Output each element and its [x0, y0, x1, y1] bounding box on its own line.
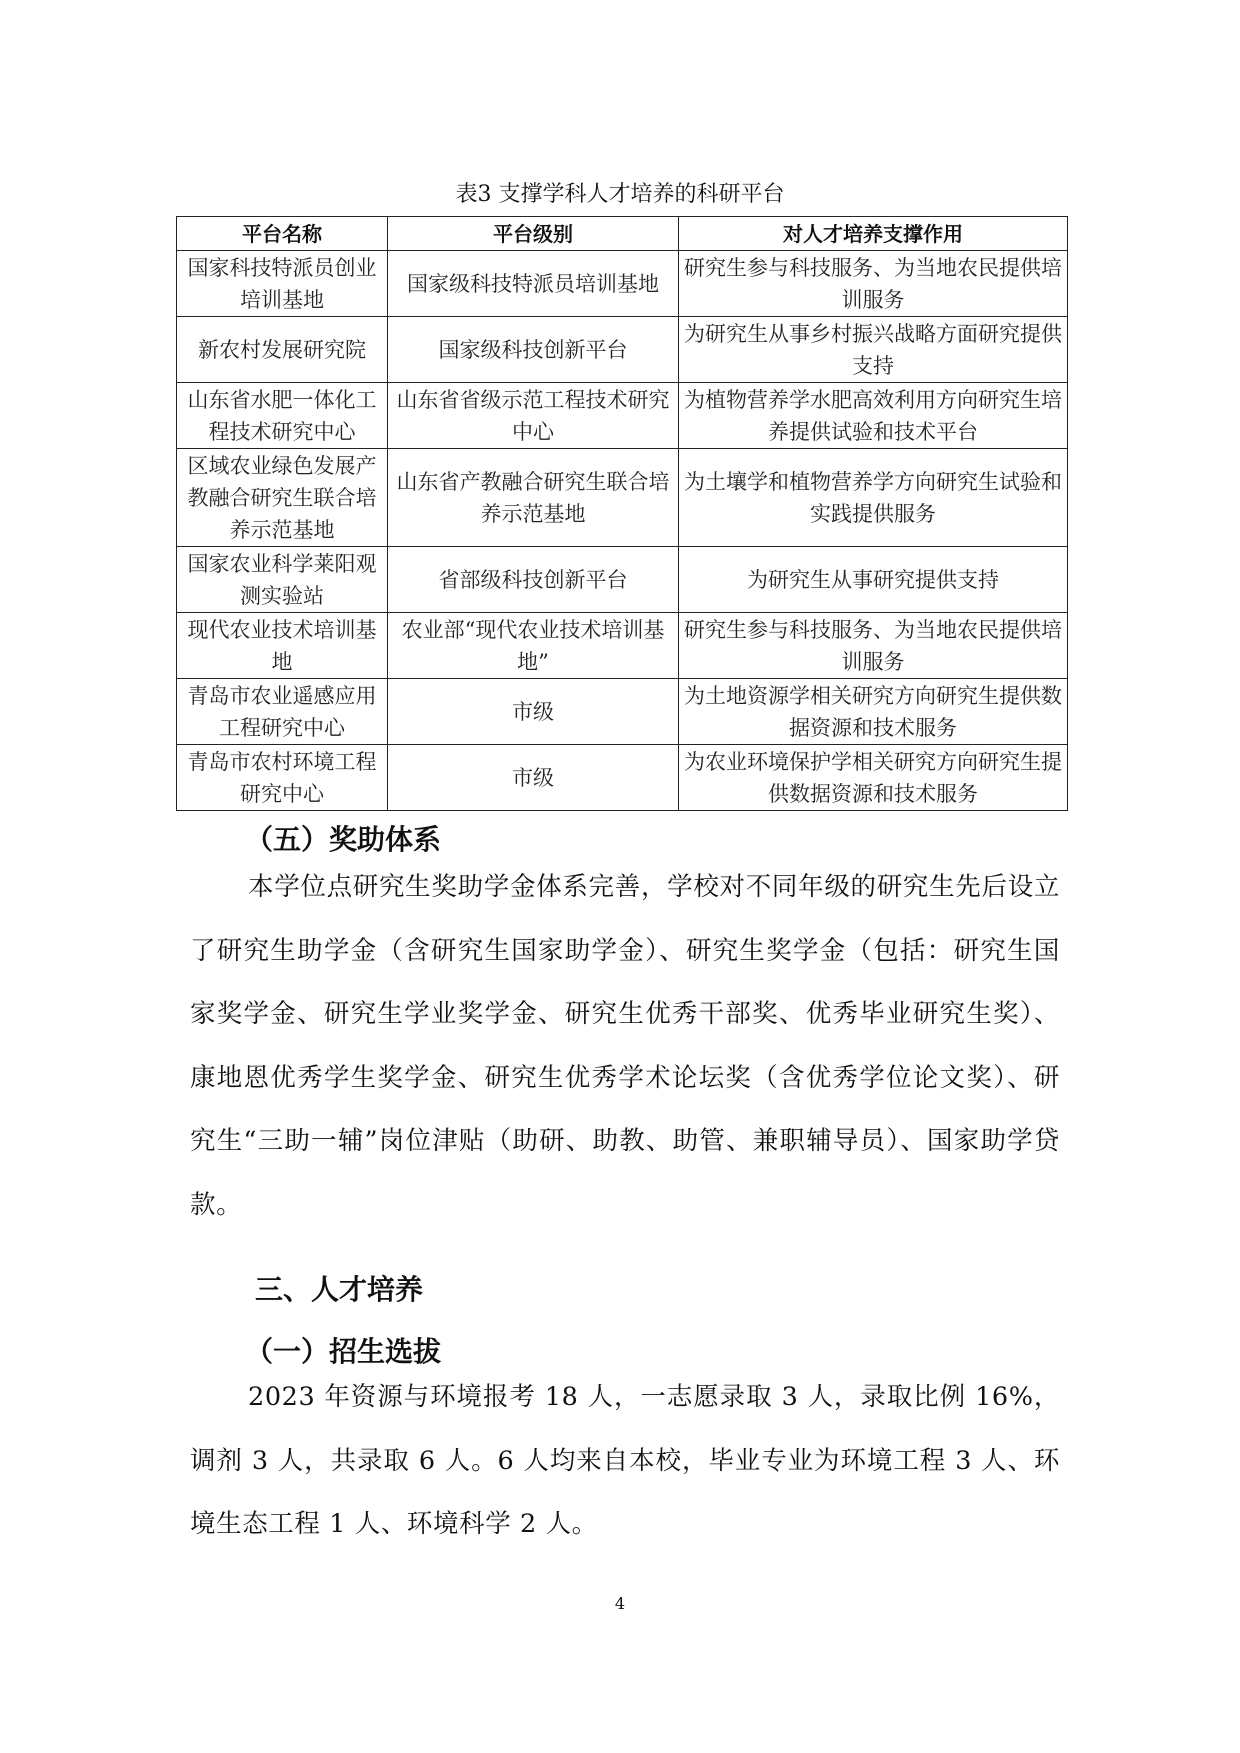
- platform-role: 为植物营养学水肥高效利用方向研究生培养提供试验和技术平台: [679, 383, 1068, 449]
- platform-role: 为研究生从事研究提供支持: [679, 547, 1068, 613]
- platform-name: 新农村发展研究院: [177, 317, 388, 383]
- table-row: 新农村发展研究院 国家级科技创新平台 为研究生从事乡村振兴战略方面研究提供支持: [177, 317, 1068, 383]
- platform-name: 青岛市农业遥感应用工程研究中心: [177, 679, 388, 745]
- platform-name: 国家科技特派员创业培训基地: [177, 251, 388, 317]
- platform-name: 青岛市农村环境工程研究中心: [177, 745, 388, 811]
- platform-role: 研究生参与科技服务、为当地农民提供培训服务: [679, 613, 1068, 679]
- page-number: 4: [0, 1594, 1240, 1613]
- table-row: 青岛市农业遥感应用工程研究中心 市级 为土地资源学相关研究方向研究生提供数据资源…: [177, 679, 1068, 745]
- platform-role: 为农业环境保护学相关研究方向研究生提供数据资源和技术服务: [679, 745, 1068, 811]
- research-platform-table: 平台名称 平台级别 对人才培养支撑作用 国家科技特派员创业培训基地 国家级科技特…: [176, 216, 1068, 811]
- platform-name: 区域农业绿色发展产教融合研究生联合培养示范基地: [177, 449, 388, 547]
- platform-level: 国家级科技创新平台: [388, 317, 679, 383]
- column-header-name: 平台名称: [177, 217, 388, 251]
- awards-paragraph: 本学位点研究生奖助学金体系完善，学校对不同年级的研究生先后设立了研究生助学金（含…: [190, 856, 1060, 1238]
- platform-level: 国家级科技特派员培训基地: [388, 251, 679, 317]
- column-header-role: 对人才培养支撑作用: [679, 217, 1068, 251]
- column-header-level: 平台级别: [388, 217, 679, 251]
- platform-level: 市级: [388, 679, 679, 745]
- table-row: 青岛市农村环境工程研究中心 市级 为农业环境保护学相关研究方向研究生提供数据资源…: [177, 745, 1068, 811]
- table-row: 国家科技特派员创业培训基地 国家级科技特派员培训基地 研究生参与科技服务、为当地…: [177, 251, 1068, 317]
- platform-role: 为研究生从事乡村振兴战略方面研究提供支持: [679, 317, 1068, 383]
- table-row: 国家农业科学莱阳观测实验站 省部级科技创新平台 为研究生从事研究提供支持: [177, 547, 1068, 613]
- platform-level: 省部级科技创新平台: [388, 547, 679, 613]
- table-row: 山东省水肥一体化工程技术研究中心 山东省省级示范工程技术研究中心 为植物营养学水…: [177, 383, 1068, 449]
- platform-name: 现代农业技术培训基地: [177, 613, 388, 679]
- platform-level: 山东省省级示范工程技术研究中心: [388, 383, 679, 449]
- table-header-row: 平台名称 平台级别 对人才培养支撑作用: [177, 217, 1068, 251]
- section-heading-awards: （五）奖助体系: [245, 820, 441, 860]
- table-row: 现代农业技术培训基地 农业部“现代农业技术培训基地” 研究生参与科技服务、为当地…: [177, 613, 1068, 679]
- platform-level: 市级: [388, 745, 679, 811]
- chapter-heading-talent-training: 三、人才培养: [255, 1270, 423, 1310]
- platform-role: 为土地资源学相关研究方向研究生提供数据资源和技术服务: [679, 679, 1068, 745]
- platform-name: 国家农业科学莱阳观测实验站: [177, 547, 388, 613]
- admissions-paragraph: 2023 年资源与环境报考 18 人，一志愿录取 3 人，录取比例 16%，调剂…: [190, 1366, 1060, 1557]
- platform-level: 农业部“现代农业技术培训基地”: [388, 613, 679, 679]
- platform-role: 为土壤学和植物营养学方向研究生试验和实践提供服务: [679, 449, 1068, 547]
- platform-level: 山东省产教融合研究生联合培养示范基地: [388, 449, 679, 547]
- table-caption: 表3 支撑学科人才培养的科研平台: [0, 180, 1240, 210]
- platform-name: 山东省水肥一体化工程技术研究中心: [177, 383, 388, 449]
- table-row: 区域农业绿色发展产教融合研究生联合培养示范基地 山东省产教融合研究生联合培养示范…: [177, 449, 1068, 547]
- platform-role: 研究生参与科技服务、为当地农民提供培训服务: [679, 251, 1068, 317]
